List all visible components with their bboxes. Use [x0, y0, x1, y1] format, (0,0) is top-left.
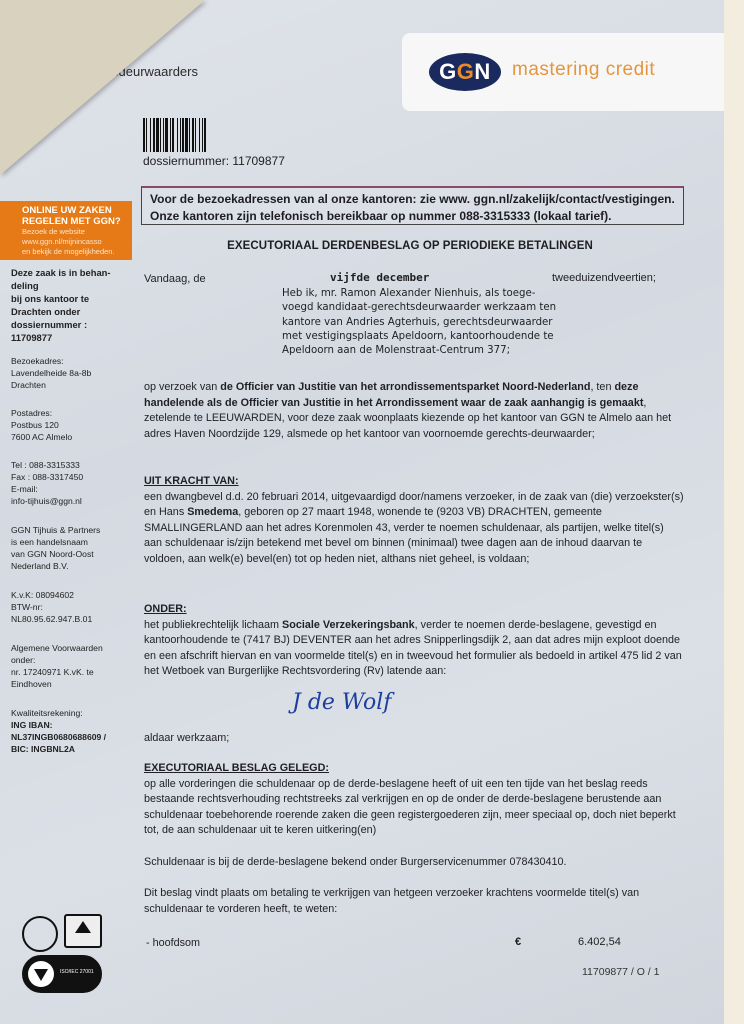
date-filled: vijfde december [330, 271, 429, 284]
document-title: EXECUTORIAAL DERDENBESLAG OP PERIODIEKE … [140, 240, 680, 252]
text-line: E-mail: [11, 483, 136, 495]
text-line: GGN Tijhuis & Partners [11, 524, 136, 536]
employed-text: aldaar werkzaam; [144, 731, 684, 747]
sidebar-contact: Tel : 088-3315333Fax : 088-3317450E-mail… [11, 459, 136, 507]
text-line: nr. 17240971 K.vK. te [11, 666, 136, 678]
text: het publiekrechtelijk lichaam [144, 619, 282, 631]
text-line: is een handelsnaam [11, 536, 136, 548]
debtor-name: Smedema [187, 506, 238, 518]
third-party-name: Sociale Verzekeringsbank [282, 619, 415, 631]
purpose-text: Dit beslag vindt plaats om betaling te v… [144, 886, 684, 917]
sidebar-registration: K.v.K: 08094602BTW-nr:NL80.95.62.947.B.0… [11, 589, 136, 625]
text-line: 11709877 [11, 331, 136, 344]
sidebar-case-info: Deze zaak is in behan-delingbij ons kant… [11, 266, 136, 344]
text-line: info-tijhuis@ggn.nl [11, 495, 136, 507]
sidebar-postal-address: Postadres:Postbus 1207600 AC Almelo [11, 407, 136, 443]
text-line: Algemene Voorwaarden [11, 642, 136, 654]
under-section: ONDER: het publiekrechtelijk lichaam Soc… [144, 602, 684, 680]
sidebar-bank: ING IBAN:NL37INGB0680688609 /BIC: INGBNL… [11, 719, 136, 755]
text-line: Postadres: [11, 407, 136, 419]
handwritten-signature: J de Wolf [292, 690, 391, 715]
logo-letter: G [457, 59, 475, 85]
text-line: Bezoekadres: [11, 355, 136, 367]
text-line: Drachten [11, 379, 136, 391]
text-line: dossiernummer : [11, 318, 136, 331]
text-line: van GGN Noord-Oost [11, 548, 136, 560]
section-heading: UIT KRACHT VAN: [144, 474, 684, 490]
promo-heading: ONLINE UW ZAKEN [22, 205, 132, 216]
text-line: voegd kandidaat-gerechtsdeurwaarder werk… [282, 301, 622, 315]
text-line: bij ons kantoor te [11, 292, 136, 305]
text-line: NL80.95.62.947.B.01 [11, 613, 136, 625]
text-line: Nederland B.V. [11, 560, 136, 572]
ggn-logo: GGN mastering credit [402, 33, 724, 111]
text-line: Drachten onder [11, 305, 136, 318]
section-heading: ONDER: [144, 602, 684, 618]
text-line: Eindhoven [11, 678, 136, 690]
seizure-section: EXECUTORIAAL BESLAG GELEGD: op alle vord… [144, 761, 684, 839]
promo-heading: REGELEN MET GGN? [22, 216, 132, 227]
logo-letter: G [439, 59, 457, 85]
text-line: BTW-nr: [11, 601, 136, 613]
bsi-iso-27001-icon: ISO/IEC 27001 [22, 955, 102, 993]
text-line: Postbus 120 [11, 419, 136, 431]
text: , ten [590, 381, 614, 393]
garantie-seal-icon [22, 916, 58, 952]
text-line: NL37INGB0680688609 / [11, 731, 136, 743]
amount-currency: € [515, 936, 521, 948]
section-heading: EXECUTORIAAL BESLAG GELEGD: [144, 761, 684, 777]
request-paragraph: op verzoek van de Officier van Justitie … [144, 380, 684, 442]
text-line: Apeldoorn aan de Molenstraat-Centrum 377… [282, 344, 622, 358]
ggn-logo-mark: GGN [429, 53, 501, 91]
text-line: ING IBAN: [11, 719, 136, 731]
promo-link: www.ggn.nl/mijnincasso [22, 237, 132, 247]
text-line: onder: [11, 654, 136, 666]
text-line: 7600 AC Almelo [11, 431, 136, 443]
by-virtue-section: UIT KRACHT VAN: een dwangbevel d.d. 20 f… [144, 474, 684, 567]
tuv-certified-icon [64, 914, 102, 948]
text-line: Deze zaak is in behan- [11, 266, 136, 279]
promo-text: Bezoek de website [22, 227, 132, 237]
sidebar-terms: Algemene Voorwaardenonder:nr. 17240971 K… [11, 642, 136, 690]
logo-letter: N [474, 59, 490, 85]
dossier-number: dossiernummer: 11709877 [143, 154, 285, 168]
office-notice-box: Voor de bezoekadressen van al onze kanto… [141, 186, 684, 225]
text: op verzoek van [144, 381, 220, 393]
bsn-text: Schuldenaar is bij de derde-beslagene be… [144, 855, 684, 871]
text-line: BIC: INGBNL2A [11, 743, 136, 755]
text-line: Tel : 088-3315333 [11, 459, 136, 471]
promo-text: en bekijk de mogelijkheden. [22, 247, 132, 257]
text-line: Fax : 088-3317450 [11, 471, 136, 483]
online-promo-box: ONLINE UW ZAKEN REGELEN MET GGN? Bezoek … [0, 201, 132, 260]
text-line: kantore van Andries Agterhuis, gerechtsd… [282, 316, 622, 330]
text: op alle vorderingen die schuldenaar op d… [144, 778, 676, 837]
amount-value: 6.402,54 [578, 936, 621, 948]
text-line: K.v.K: 08094602 [11, 589, 136, 601]
notice-line: Onze kantoren zijn telefonisch bereikbaa… [150, 208, 675, 225]
scan-margin [724, 0, 744, 1024]
page-reference: 11709877 / O / 1 [582, 966, 659, 978]
bailiff-statement: Heb ik, mr. Ramon Alexander Nienhuis, al… [282, 287, 622, 358]
text-line: Heb ik, mr. Ramon Alexander Nienhuis, al… [282, 287, 622, 301]
logo-tagline: mastering credit [512, 59, 655, 81]
barcode [143, 118, 259, 152]
text-line: deling [11, 279, 136, 292]
year-written: tweeduizendveertien; [552, 272, 656, 284]
sidebar-bank-label: Kwaliteitsrekening: [11, 707, 136, 719]
text-line: Lavendelheide 8a-8b [11, 367, 136, 379]
requester-name: de Officier van Justitie van het arrondi… [220, 381, 590, 393]
notice-line: Voor de bezoekadressen van al onze kanto… [150, 191, 675, 208]
sidebar-company: GGN Tijhuis & Partnersis een handelsnaam… [11, 524, 136, 572]
text-line: met vestigingsplaats Apeldoorn, kantoorh… [282, 330, 622, 344]
sidebar-visit-address: Bezoekadres:Lavendelheide 8a-8bDrachten [11, 355, 136, 391]
